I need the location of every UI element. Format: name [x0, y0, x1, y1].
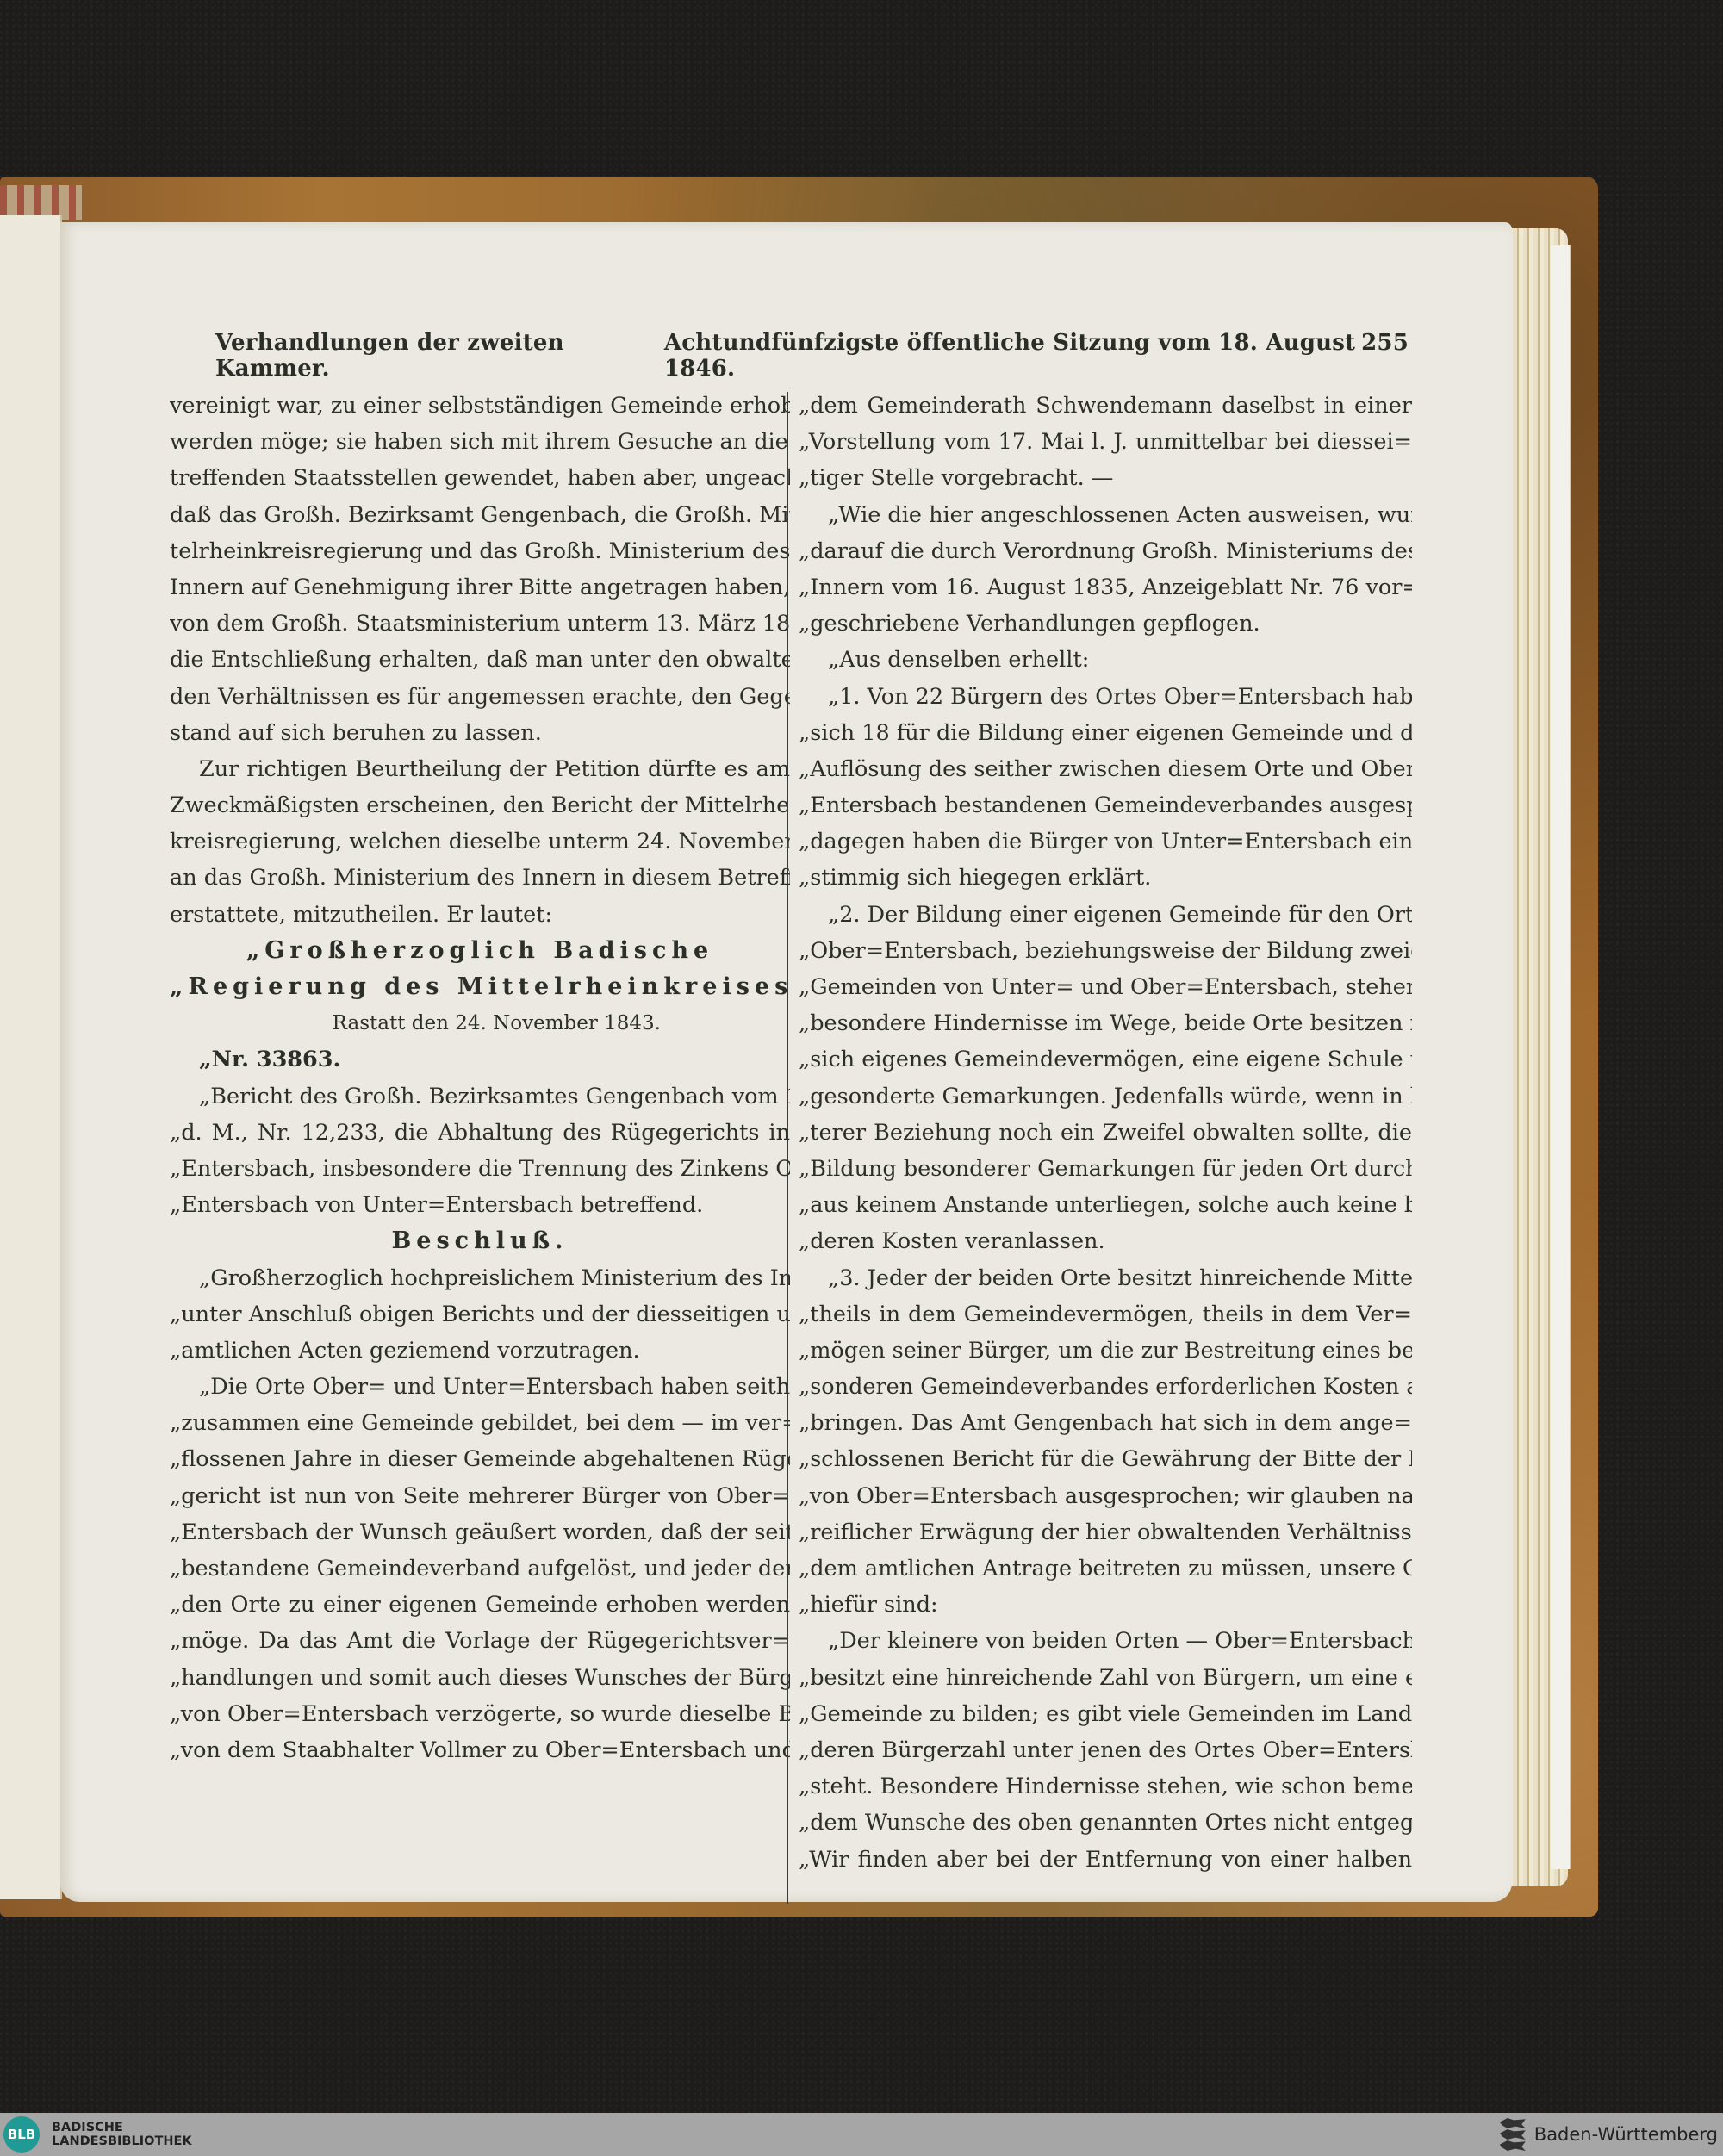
text-line: „handlungen und somit auch dieses Wunsch…	[170, 1660, 790, 1696]
text-line: kreisregierung, welchen dieselbe unterm …	[170, 823, 790, 860]
text-line: erstattete, mitzutheilen. Er lautet:	[170, 897, 790, 933]
text-line: „hiefür sind:	[799, 1587, 1412, 1623]
text-line: vereinigt war, zu einer selbstständigen …	[170, 388, 790, 424]
left-text-column: vereinigt war, zu einer selbstständigen …	[170, 388, 790, 1768]
text-line: telrheinkreisregierung und das Großh. Mi…	[170, 533, 790, 569]
baden-wuerttemberg-wordmark: Baden-Württemberg	[1534, 2124, 1718, 2145]
text-line: Rastatt den 24. November 1843.	[170, 1005, 790, 1041]
text-line: „Entersbach der Wunsch geäußert worden, …	[170, 1514, 790, 1550]
text-line: „Großherzoglich hochpreislichem Minister…	[170, 1260, 790, 1296]
text-line: „von Ober=Entersbach ausgesprochen; wir …	[799, 1478, 1412, 1514]
text-line: „2. Der Bildung einer eigenen Gemeinde f…	[799, 897, 1412, 933]
text-line: „bringen. Das Amt Gengenbach hat sich in…	[799, 1405, 1412, 1441]
text-line: „besondere Hindernisse im Wege, beide Or…	[799, 1005, 1412, 1041]
text-line: daß das Großh. Bezirksamt Gengenbach, di…	[170, 497, 790, 533]
text-line: Beschluß.	[170, 1223, 790, 1259]
blb-wordmark: BADISCHE LANDESBIBLIOTHEK	[52, 2121, 192, 2148]
running-head-titles: Verhandlungen der zweiten Kammer. Achtun…	[215, 330, 1361, 382]
text-line: „dem amtlichen Antrage beitreten zu müss…	[799, 1550, 1412, 1587]
text-line: treffenden Staatsstellen gewendet, haben…	[170, 460, 790, 496]
text-line: „sich 18 für die Bildung einer eigenen G…	[799, 715, 1412, 751]
text-line: „Aus denselben erhellt:	[799, 642, 1412, 678]
text-line: „Der kleinere von beiden Orten — Ober=En…	[799, 1623, 1412, 1659]
text-line: „möge. Da das Amt die Vorlage der Rügege…	[170, 1623, 790, 1659]
text-line: „Großherzoglich Badische	[170, 933, 790, 969]
text-line: „Auflösung des seither zwischen diesem O…	[799, 751, 1412, 787]
previous-page-edge-decoration	[0, 185, 82, 220]
text-line: „steht. Besondere Hindernisse stehen, wi…	[799, 1768, 1412, 1805]
text-line: „von Ober=Entersbach verzögerte, so wurd…	[170, 1696, 790, 1732]
text-line: „gesonderte Gemarkungen. Jedenfalls würd…	[799, 1078, 1412, 1115]
text-line: „Entersbach, insbesondere die Trennung d…	[170, 1151, 790, 1187]
text-line: „von dem Staabhalter Vollmer zu Ober=Ent…	[170, 1732, 790, 1768]
text-line: „Regierung des Mittelrheinkreises.	[170, 969, 790, 1005]
text-line: „schlossenen Bericht für die Gewährung d…	[799, 1441, 1412, 1477]
text-line: „tiger Stelle vorgebracht. —	[799, 460, 1412, 496]
text-line: „darauf die durch Verordnung Großh. Mini…	[799, 533, 1412, 569]
text-line: „dem Wunsche des oben genannten Ortes ni…	[799, 1805, 1412, 1841]
text-line: „Die Orte Ober= und Unter=Entersbach hab…	[170, 1369, 790, 1405]
text-line: „dagegen haben die Bürger von Unter=Ente…	[799, 823, 1412, 860]
lion-icon	[1500, 2129, 1526, 2140]
text-line: an das Großh. Ministerium des Innern in …	[170, 860, 790, 896]
text-line: stand auf sich beruhen zu lassen.	[170, 715, 790, 751]
text-line: „amtlichen Acten geziemend vorzutragen.	[170, 1333, 790, 1369]
text-line: „Entersbach bestandenen Gemeindeverbande…	[799, 787, 1412, 823]
text-line: „aus keinem Anstande unterliegen, solche…	[799, 1187, 1412, 1223]
text-line: Zur richtigen Beurtheilung der Petition …	[170, 751, 790, 787]
text-line: „Gemeinden von Unter= und Ober=Entersbac…	[799, 969, 1412, 1005]
text-line: Innern auf Genehmigung ihrer Bitte anget…	[170, 569, 790, 606]
text-line: „sonderen Gemeindeverbandes erforderlich…	[799, 1369, 1412, 1405]
text-line: „Bericht des Großh. Bezirksamtes Gengenb…	[170, 1078, 790, 1115]
text-line: „Nr. 33863.	[170, 1041, 790, 1078]
text-line: „deren Kosten veranlassen.	[799, 1223, 1412, 1259]
previous-page-sliver	[0, 215, 62, 1899]
text-line: „d. M., Nr. 12,233, die Abhaltung des Rü…	[170, 1115, 790, 1151]
column-divider	[787, 392, 788, 1904]
blb-logo[interactable]: BLB BADISCHE LANDESBIBLIOTHEK	[0, 2116, 192, 2153]
text-line: „gericht ist nun von Seite mehrerer Bürg…	[170, 1478, 790, 1514]
text-line: „stimmig sich hiegegen erklärt.	[799, 860, 1412, 896]
baden-wuerttemberg-logo[interactable]: Baden-Württemberg	[1500, 2118, 1723, 2151]
text-line: „3. Jeder der beiden Orte besitzt hinrei…	[799, 1260, 1412, 1296]
running-head: Verhandlungen der zweiten Kammer. Achtun…	[215, 330, 1409, 368]
text-line: „zusammen eine Gemeinde gebildet, bei de…	[170, 1405, 790, 1441]
text-line: von dem Großh. Staatsministerium unterm …	[170, 606, 790, 642]
baden-wuerttemberg-lions-icon	[1500, 2118, 1526, 2151]
text-line: „den Orte zu einer eigenen Gemeinde erho…	[170, 1587, 790, 1623]
right-text-column: „dem Gemeinderath Schwendemann daselbst …	[799, 388, 1412, 1878]
text-line: „terer Beziehung noch ein Zweifel obwalt…	[799, 1115, 1412, 1151]
chamber-title: Verhandlungen der zweiten Kammer.	[215, 330, 642, 382]
text-line: „Wir finden aber bei der Entfernung von …	[799, 1842, 1412, 1878]
text-line: „Vorstellung vom 17. Mai l. J. unmittelb…	[799, 424, 1412, 460]
lion-icon	[1500, 2118, 1526, 2128]
lion-icon	[1500, 2140, 1526, 2151]
text-line: „Gemeinde zu bilden; es gibt viele Gemei…	[799, 1696, 1412, 1732]
text-line: „mögen seiner Bürger, um die zur Bestrei…	[799, 1333, 1412, 1369]
text-line: die Entschließung erhalten, daß man unte…	[170, 642, 790, 678]
page-number: 255	[1361, 330, 1409, 356]
text-line: „Innern vom 16. August 1835, Anzeigeblat…	[799, 569, 1412, 606]
text-line: „Bildung besonderer Gemarkungen für jede…	[799, 1151, 1412, 1187]
loose-leaf-edge	[1551, 245, 1571, 1869]
blb-wordmark-line2: LANDESBIBLIOTHEK	[52, 2134, 192, 2148]
text-line: „unter Anschluß obigen Berichts und der …	[170, 1296, 790, 1333]
text-line: Zweckmäßigsten erscheinen, den Bericht d…	[170, 787, 790, 823]
session-title: Achtundfünfzigste öffentliche Sitzung vo…	[664, 330, 1361, 382]
text-line: „theils in dem Gemeindevermögen, theils …	[799, 1296, 1412, 1333]
footer-bar: BLB BADISCHE LANDESBIBLIOTHEK Baden-Würt…	[0, 2113, 1723, 2156]
text-line: „reiflicher Erwägung der hier obwaltende…	[799, 1514, 1412, 1550]
text-line: werden möge; sie haben sich mit ihrem Ge…	[170, 424, 790, 460]
blb-logo-icon: BLB	[3, 2116, 40, 2153]
text-line: „sich eigenes Gemeindevermögen, eine eig…	[799, 1041, 1412, 1078]
text-line: „flossenen Jahre in dieser Gemeinde abge…	[170, 1441, 790, 1477]
text-line: „Ober=Entersbach, beziehungsweise der Bi…	[799, 933, 1412, 969]
text-line: „deren Bürgerzahl unter jenen des Ortes …	[799, 1732, 1412, 1768]
text-line: „Wie die hier angeschlossenen Acten ausw…	[799, 497, 1412, 533]
text-line: „bestandene Gemeindeverband aufgelöst, u…	[170, 1550, 790, 1587]
text-line: „dem Gemeinderath Schwendemann daselbst …	[799, 388, 1412, 424]
blb-wordmark-line1: BADISCHE	[52, 2121, 192, 2134]
text-line: den Verhältnissen es für angemessen erac…	[170, 679, 790, 715]
text-line: „Entersbach von Unter=Entersbach betreff…	[170, 1187, 790, 1223]
text-line: „geschriebene Verhandlungen gepflogen.	[799, 606, 1412, 642]
text-line: „besitzt eine hinreichende Zahl von Bürg…	[799, 1660, 1412, 1696]
text-line: „1. Von 22 Bürgern des Ortes Ober=Enters…	[799, 679, 1412, 715]
